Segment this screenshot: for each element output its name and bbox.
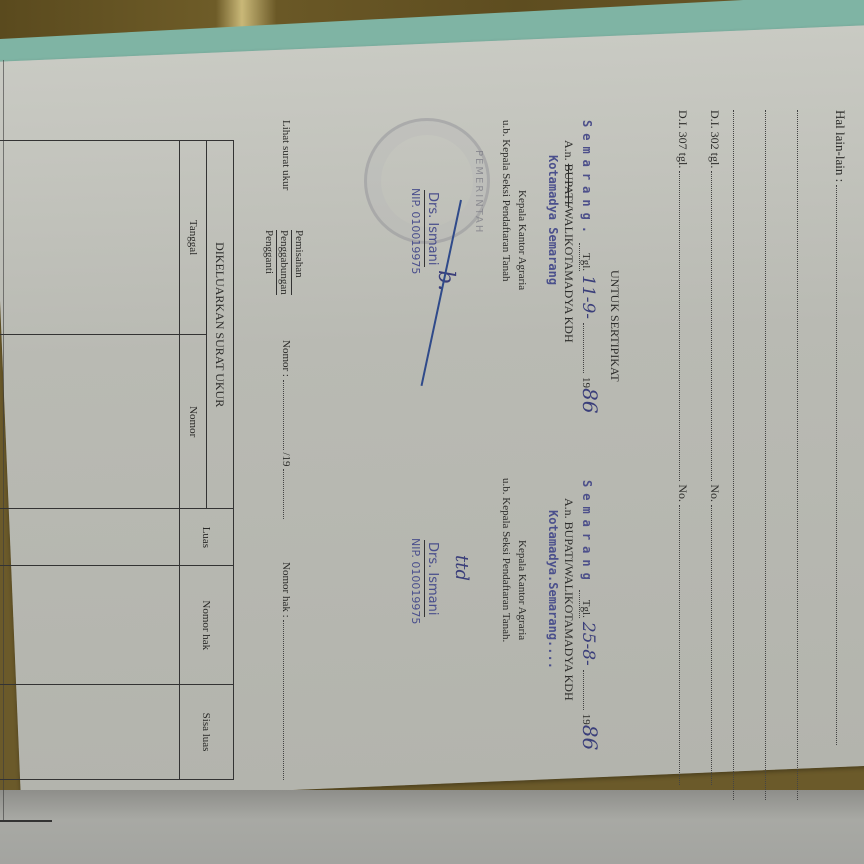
survey-number-field: Nomor : /19 Nomor hak :	[280, 340, 292, 780]
certificate-page: Hal lain-lain : D.I. 302 tgl. No. D.I. 3…	[2, 100, 862, 800]
dl307-number-input[interactable]	[679, 505, 680, 785]
left-head-office: Kepala Kantor Agraria	[516, 190, 528, 290]
right-date-value: 25-8-	[578, 622, 598, 666]
right-place-date: Semarang Tgl. 25-8- 1986	[578, 480, 602, 750]
right-date-label: Tgl.	[579, 590, 592, 618]
col-header-nomor: Nomor	[180, 335, 207, 509]
right-year-suffix: 86	[578, 725, 602, 750]
left-date-label: Tgl.	[579, 243, 592, 271]
dl302-no-label: No.	[708, 484, 722, 502]
right-city-stamp: Kotamadya.Semarang....	[546, 510, 560, 669]
col-header-tanggal: Tanggal	[180, 141, 207, 335]
other-matters-line-2[interactable]	[792, 110, 810, 800]
dl302-number-input[interactable]	[711, 505, 712, 785]
survey-see-label: Lihat surat ukur	[280, 120, 292, 190]
other-matters-field: Hal lain-lain :	[832, 110, 848, 745]
cell-luas[interactable]	[0, 509, 180, 566]
left-ub-line: u.b. Kepala Seksi Pendaftaran Tanah	[500, 120, 512, 282]
cell-nomor[interactable]	[0, 335, 180, 509]
col-header-nomor-hak: Nomor hak	[180, 566, 234, 685]
survey-option-pengganti[interactable]: Pengganti	[262, 230, 276, 295]
right-bupati: BUPATI/	[562, 522, 576, 566]
survey-right-number-input[interactable]	[283, 620, 284, 780]
stamp-text: PEMERINTAH	[473, 150, 484, 234]
left-date-value: 11-9-	[578, 275, 598, 319]
left-place-date: Semarang. Tgl. 11-9- 1986	[578, 120, 602, 413]
survey-type-options: Pemisahan Penggabungan Pengganti	[262, 230, 306, 295]
right-year-prefix: 19	[580, 714, 592, 725]
issued-survey-table: DIKELUARKAN SURAT UKUR Luas Nomor hak Si…	[0, 140, 234, 780]
dl307-field: D.I. 307 tgl. No.	[675, 110, 690, 785]
right-ub-line: u.b. Kepala Seksi Pendaftaran Tanah.	[500, 478, 512, 642]
issued-table-title: DIKELUARKAN SURAT UKUR	[207, 141, 234, 509]
other-matters-line-4[interactable]	[728, 110, 746, 800]
survey-option-penggabungan[interactable]: Penggabungan	[276, 230, 291, 295]
other-matters-line[interactable]	[836, 185, 837, 745]
paper-lower-edge	[0, 790, 864, 864]
left-year-suffix: 86	[578, 388, 602, 413]
dl302-date-input[interactable]	[711, 171, 712, 481]
left-city-stamp: Kotamadya Semarang	[546, 155, 560, 285]
cell-sisa-luas[interactable]	[0, 685, 180, 780]
dl302-label: D.I. 302 tgl.	[708, 110, 722, 168]
right-head-office: Kepala Kantor Agraria	[516, 540, 528, 640]
right-office-line: A.n. BUPATI/WALIKOTAMADYA KDH	[561, 498, 576, 701]
table-row	[0, 141, 180, 780]
left-office-line: A.n. BUPATI/WALIKOTAMADYA KDH	[561, 140, 576, 343]
left-year-prefix: 19	[580, 377, 592, 388]
cell-tanggal[interactable]	[0, 141, 180, 335]
cell-nomor-hak[interactable]	[0, 566, 180, 685]
left-signatory-nip: NIP. 010019975	[409, 188, 422, 274]
other-matters-line-3[interactable]	[760, 110, 778, 800]
left-bupati-struck: BUPATI/	[562, 164, 576, 208]
dl302-field: D.I. 302 tgl. No.	[707, 110, 722, 785]
right-signatory-name: Drs. Ismani	[424, 540, 442, 617]
right-place: Semarang	[580, 480, 594, 586]
col-header-sisa-luas: Sisa luas	[180, 685, 234, 780]
left-signatory-name: Drs. Ismani	[424, 190, 442, 267]
col-header-luas: Luas	[180, 509, 234, 566]
certificate-heading: UNTUK SERTIPIKAT	[607, 270, 622, 382]
dl307-date-input[interactable]	[679, 171, 680, 481]
left-place: Semarang.	[580, 120, 594, 239]
survey-option-pemisahan[interactable]: Pemisahan	[291, 230, 306, 295]
survey-number-input[interactable]	[283, 380, 284, 450]
dl307-label: D.I. 307 tgl.	[676, 110, 690, 168]
right-initial-signature: ttd	[451, 555, 472, 581]
other-matters-label: Hal lain-lain :	[833, 110, 848, 182]
dl307-no-label: No.	[676, 484, 690, 502]
right-signatory-nip: NIP. 010019975	[409, 538, 422, 624]
survey-year-input[interactable]	[283, 469, 284, 519]
